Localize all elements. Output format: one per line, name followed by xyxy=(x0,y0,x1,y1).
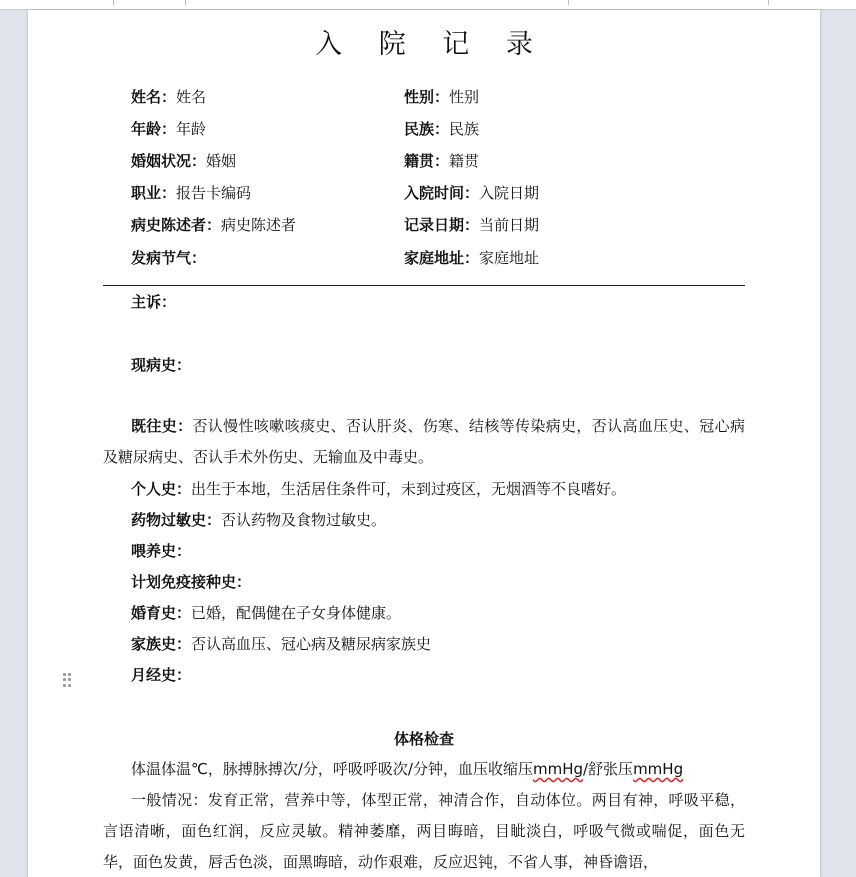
field-label: 病史陈述者： xyxy=(131,216,221,234)
field-label: 婚姻状况： xyxy=(131,152,206,170)
ruler-tick xyxy=(768,0,769,5)
field-age[interactable]: 年龄：年龄 xyxy=(131,119,206,139)
field-value: 当前日期 xyxy=(479,216,539,234)
ruler-tick xyxy=(113,0,114,5)
field-label: 家庭地址： xyxy=(404,249,479,267)
field-occupation[interactable]: 职业：报告卡编码 xyxy=(131,183,251,203)
ruler-bar xyxy=(0,0,856,10)
section-label: 月经史： xyxy=(131,666,191,684)
section-value: 出生于本地，生活居住条件可，未到过疫区，无烟酒等不良嗜好。 xyxy=(191,480,626,498)
section-label: 现病史： xyxy=(131,356,191,374)
section-value: 否认慢性咳嗽咳痰史、否认肝炎、伤寒、结核等传染病史，否认高血压史、冠心病及糖尿病… xyxy=(103,417,745,466)
section-value: 否认药物及食物过敏史。 xyxy=(221,511,386,529)
field-value: 病史陈述者 xyxy=(221,216,296,234)
field-record-date[interactable]: 记录日期：当前日期 xyxy=(404,215,539,235)
document-title: 入 院 记 录 xyxy=(28,22,820,61)
field-marital-status[interactable]: 婚姻状况：婚姻 xyxy=(131,151,236,171)
field-label: 入院时间： xyxy=(404,184,479,202)
section-label: 计划免疫接种史： xyxy=(131,573,251,591)
unit-mmhg: mmHg xyxy=(533,760,583,778)
document-page[interactable]: 入 院 记 录 姓名：姓名 年龄：年龄 婚姻状况：婚姻 职业：报告卡编码 病史陈… xyxy=(28,10,820,877)
field-home-address[interactable]: 家庭地址：家庭地址 xyxy=(404,248,539,268)
drag-handle-icon[interactable] xyxy=(63,673,71,687)
field-value: 籍贯 xyxy=(449,152,479,170)
field-value: 姓名 xyxy=(176,88,206,106)
field-value: 性别 xyxy=(449,88,479,106)
field-value: 家庭地址 xyxy=(479,249,539,267)
section-present-illness[interactable]: 现病史： xyxy=(131,355,191,375)
physical-exam-general[interactable]: 一般情况：发育正常，营养中等，体型正常，神清合作，自动体位。两目有神，呼吸平稳，… xyxy=(103,785,745,877)
section-label: 喂养史： xyxy=(131,542,191,560)
field-value: 婚姻 xyxy=(206,152,236,170)
field-label: 发病节气： xyxy=(131,249,206,267)
field-admission-time[interactable]: 入院时间：入院日期 xyxy=(404,183,539,203)
ruler-tick xyxy=(185,0,186,5)
field-history-narrator[interactable]: 病史陈述者：病史陈述者 xyxy=(131,215,296,235)
physical-exam-heading: 体格检查 xyxy=(28,728,820,749)
section-value: 已婚，配偶健在子女身体健康。 xyxy=(191,604,401,622)
field-value: 报告卡编码 xyxy=(176,184,251,202)
field-label: 性别： xyxy=(404,88,449,106)
section-value: 否认高血压、冠心病及糖尿病家族史 xyxy=(191,635,431,653)
ruler-tick xyxy=(568,0,569,5)
field-label: 姓名： xyxy=(131,88,176,106)
section-label: 家族史： xyxy=(131,635,191,653)
section-past-history[interactable]: 既往史：否认慢性咳嗽咳痰史、否认肝炎、伤寒、结核等传染病史，否认高血压史、冠心病… xyxy=(103,411,745,473)
section-immunization-history[interactable]: 计划免疫接种史： xyxy=(131,572,251,592)
field-native-place[interactable]: 籍贯：籍贯 xyxy=(404,151,479,171)
section-label: 药物过敏史： xyxy=(131,511,221,529)
section-label: 既往史： xyxy=(131,417,192,435)
section-label: 婚育史： xyxy=(131,604,191,622)
field-name[interactable]: 姓名：姓名 xyxy=(131,87,206,107)
field-value: 年龄 xyxy=(176,120,206,138)
section-label: 个人史： xyxy=(131,480,191,498)
field-ethnicity[interactable]: 民族：民族 xyxy=(404,119,479,139)
section-drug-allergy[interactable]: 药物过敏史：否认药物及食物过敏史。 xyxy=(131,510,386,530)
divider-line xyxy=(103,285,745,286)
section-chief-complaint[interactable]: 主诉： xyxy=(131,292,176,312)
field-gender[interactable]: 性别：性别 xyxy=(404,87,479,107)
field-label: 记录日期： xyxy=(404,216,479,234)
vitals-text: 体温体温℃，脉搏脉搏次/分，呼吸呼吸次/分钟，血压收缩压 xyxy=(131,760,533,778)
vitals-text: /舒张压 xyxy=(583,760,633,778)
section-personal-history[interactable]: 个人史：出生于本地，生活居住条件可，未到过疫区，无烟酒等不良嗜好。 xyxy=(131,479,626,499)
section-marital-history[interactable]: 婚育史：已婚，配偶健在子女身体健康。 xyxy=(131,603,401,623)
field-label: 职业： xyxy=(131,184,176,202)
field-label: 年龄： xyxy=(131,120,176,138)
physical-exam-vitals[interactable]: 体温体温℃，脉搏脉搏次/分，呼吸呼吸次/分钟，血压收缩压mmHg/舒张压mmHg xyxy=(131,759,683,779)
section-feeding-history[interactable]: 喂养史： xyxy=(131,541,191,561)
field-value: 民族 xyxy=(449,120,479,138)
section-menstrual-history[interactable]: 月经史： xyxy=(131,665,191,685)
section-family-history[interactable]: 家族史：否认高血压、冠心病及糖尿病家族史 xyxy=(131,634,431,654)
field-label: 籍贯： xyxy=(404,152,449,170)
section-label: 主诉： xyxy=(131,293,176,311)
field-value: 入院日期 xyxy=(479,184,539,202)
field-onset-solar-term[interactable]: 发病节气： xyxy=(131,248,206,268)
field-label: 民族： xyxy=(404,120,449,138)
unit-mmhg: mmHg xyxy=(633,760,683,778)
